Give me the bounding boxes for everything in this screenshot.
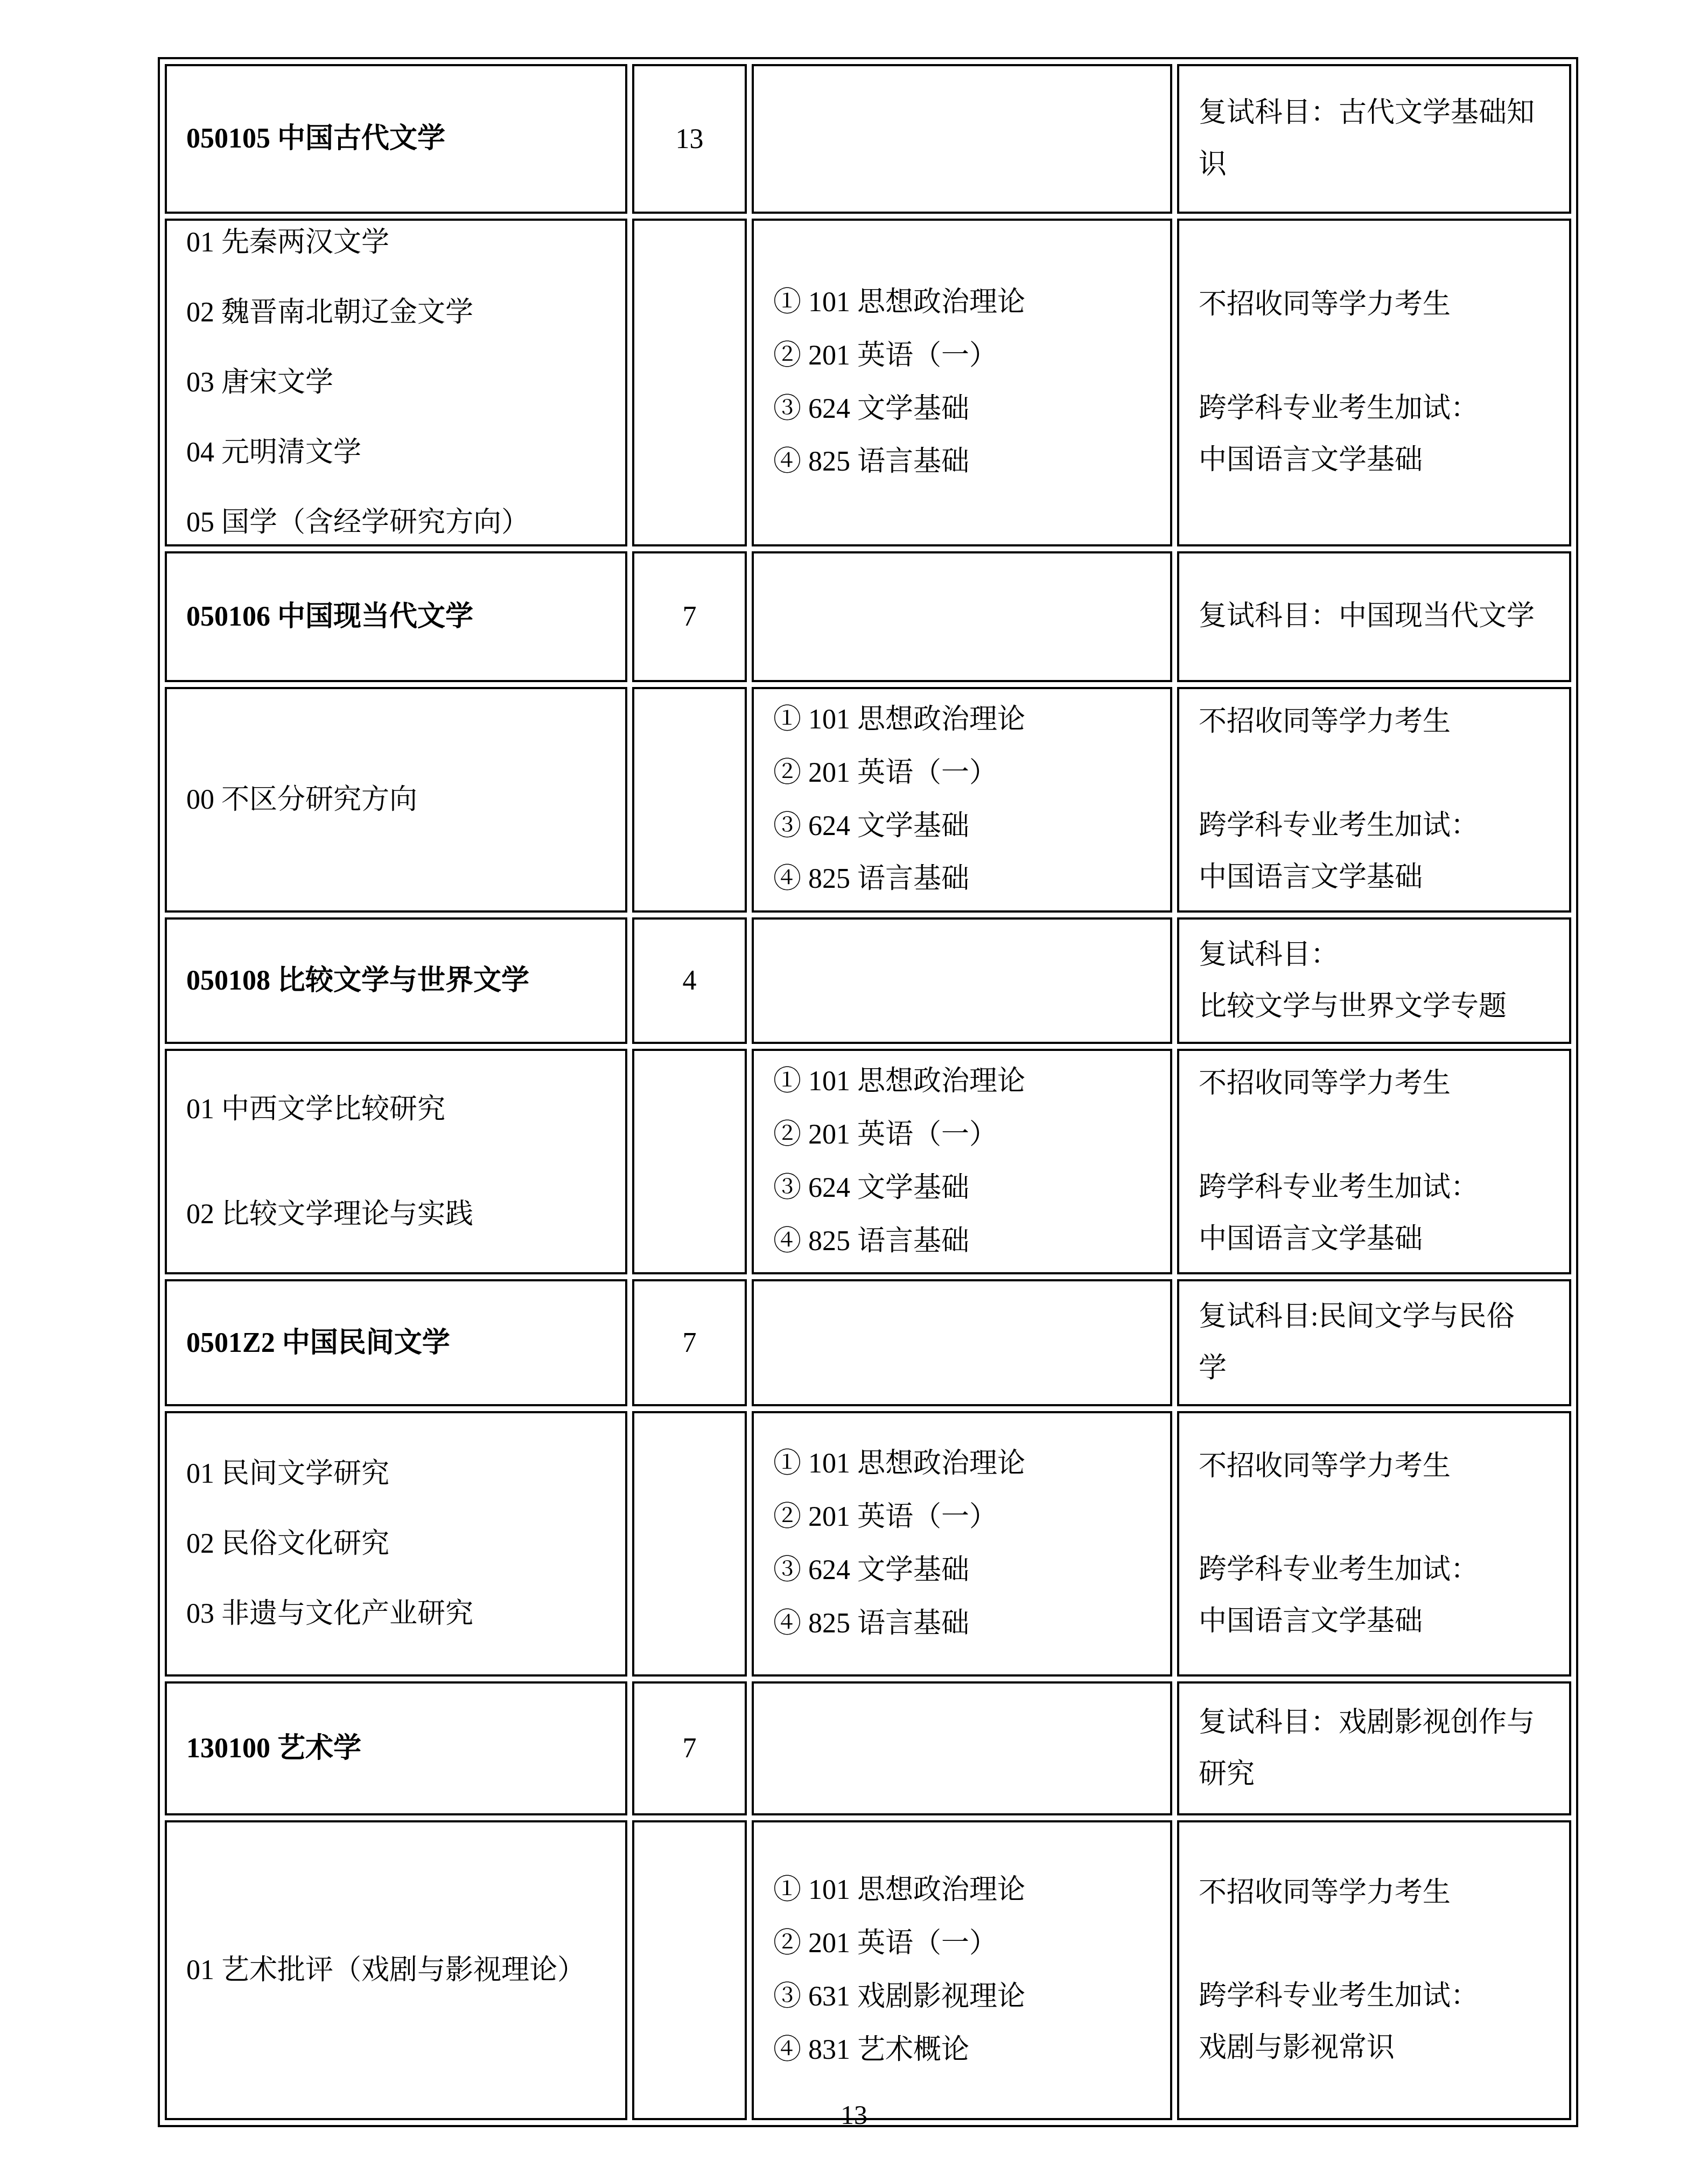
major-label: 050105 中国古代文学	[186, 121, 610, 157]
subjects-cell	[752, 64, 1172, 214]
directions-cell: 01 先秦两汉文学 02 魏晋南北朝辽金文学 03 唐宋文学 04 元明清文学 …	[165, 219, 627, 546]
quota-value: 7	[638, 601, 741, 633]
directions-cell: 01 艺术批评（戏剧与影视理论）	[165, 1820, 627, 2120]
remark-text: 不招收同等学力考生 跨学科专业考生加试： 中国语言文学基础	[1199, 1058, 1554, 1265]
remark-text: 复试科目：戏剧影视创作与 研究	[1199, 1697, 1554, 1800]
table-row-major: 050105 中国古代文学 13 复试科目：古代文学基础知 识	[165, 64, 1571, 214]
quota-value: 13	[638, 123, 741, 155]
quota-value: 7	[638, 1327, 741, 1359]
quota-value: 7	[638, 1733, 741, 1764]
major-label: 050106 中国现当代文学	[186, 599, 610, 635]
directions-cell: 01 中西文学比较研究 02 比较文学理论与实践	[165, 1049, 627, 1274]
major-cell: 050106 中国现当代文学	[165, 551, 627, 682]
quota-cell	[632, 1411, 747, 1677]
quota-cell	[632, 687, 747, 913]
table-row-detail: 00 不区分研究方向 ① 101 思想政治理论 ② 201 英语（一） ③ 62…	[165, 687, 1571, 913]
subjects-cell	[752, 917, 1172, 1044]
quota-cell	[632, 1820, 747, 2120]
major-label: 0501Z2 中国民间文学	[186, 1325, 610, 1362]
subjects-cell: ① 101 思想政治理论 ② 201 英语（一） ③ 624 文学基础 ④ 82…	[752, 1049, 1172, 1274]
table-row-detail: 01 民间文学研究 02 民俗文化研究 03 非遗与文化产业研究 ① 101 思…	[165, 1411, 1571, 1677]
directions-text: 00 不区分研究方向	[186, 782, 610, 817]
remark-text: 不招收同等学力考生 跨学科专业考生加试： 中国语言文学基础	[1199, 279, 1554, 486]
remark-cell: 不招收同等学力考生 跨学科专业考生加试： 中国语言文学基础	[1177, 219, 1571, 546]
major-label: 050108 比较文学与世界文学	[186, 963, 610, 999]
remark-text: 复试科目:民间文学与民俗 学	[1199, 1291, 1554, 1394]
major-cell: 0501Z2 中国民间文学	[165, 1279, 627, 1406]
table-row-major: 050106 中国现当代文学 7 复试科目：中国现当代文学	[165, 551, 1571, 682]
major-cell: 130100 艺术学	[165, 1681, 627, 1815]
directions-cell: 00 不区分研究方向	[165, 687, 627, 913]
admissions-table: 050105 中国古代文学 13 复试科目：古代文学基础知 识 01 先秦两汉文…	[158, 57, 1578, 2127]
remark-cell: 不招收同等学力考生 跨学科专业考生加试： 戏剧与影视常识	[1177, 1820, 1571, 2120]
quota-cell: 7	[632, 1279, 747, 1406]
quota-cell	[632, 1049, 747, 1274]
document-page: 050105 中国古代文学 13 复试科目：古代文学基础知 识 01 先秦两汉文…	[0, 0, 1708, 2160]
remark-text: 不招收同等学力考生 跨学科专业考生加试： 中国语言文学基础	[1199, 696, 1554, 903]
subjects-text: ① 101 思想政治理论 ② 201 英语（一） ③ 624 文学基础 ④ 82…	[773, 276, 1155, 489]
subjects-cell: ① 101 思想政治理论 ② 201 英语（一） ③ 624 文学基础 ④ 82…	[752, 1411, 1172, 1677]
subjects-text: ① 101 思想政治理论 ② 201 英语（一） ③ 624 文学基础 ④ 82…	[773, 1055, 1155, 1268]
remark-cell: 复试科目：戏剧影视创作与 研究	[1177, 1681, 1571, 1815]
table-row-detail: 01 先秦两汉文学 02 魏晋南北朝辽金文学 03 唐宋文学 04 元明清文学 …	[165, 219, 1571, 546]
page-number: 13	[0, 2099, 1708, 2131]
table-row-detail: 01 艺术批评（戏剧与影视理论） ① 101 思想政治理论 ② 201 英语（一…	[165, 1820, 1571, 2120]
quota-cell: 7	[632, 551, 747, 682]
directions-cell: 01 民间文学研究 02 民俗文化研究 03 非遗与文化产业研究	[165, 1411, 627, 1677]
major-label: 130100 艺术学	[186, 1730, 610, 1767]
quota-cell: 4	[632, 917, 747, 1044]
quota-cell: 7	[632, 1681, 747, 1815]
subjects-text: ① 101 思想政治理论 ② 201 英语（一） ③ 624 文学基础 ④ 82…	[773, 693, 1155, 906]
major-cell: 050105 中国古代文学	[165, 64, 627, 214]
table-row-major: 0501Z2 中国民间文学 7 复试科目:民间文学与民俗 学	[165, 1279, 1571, 1406]
remark-cell: 不招收同等学力考生 跨学科专业考生加试： 中国语言文学基础	[1177, 1411, 1571, 1677]
subjects-cell	[752, 551, 1172, 682]
remark-cell: 复试科目：中国现当代文学	[1177, 551, 1571, 682]
quota-value: 4	[638, 965, 741, 997]
quota-cell: 13	[632, 64, 747, 214]
directions-text: 01 艺术批评（戏剧与影视理论）	[186, 1953, 610, 1988]
table-row-major: 130100 艺术学 7 复试科目：戏剧影视创作与 研究	[165, 1681, 1571, 1815]
directions-text: 01 民间文学研究 02 民俗文化研究 03 非遗与文化产业研究	[186, 1456, 610, 1631]
subjects-cell	[752, 1279, 1172, 1406]
directions-text: 01 先秦两汉文学 02 魏晋南北朝辽金文学 03 唐宋文学 04 元明清文学 …	[186, 225, 610, 540]
remark-text: 不招收同等学力考生 跨学科专业考生加试： 戏剧与影视常识	[1199, 1867, 1554, 2074]
remark-cell: 复试科目:民间文学与民俗 学	[1177, 1279, 1571, 1406]
remark-cell: 不招收同等学力考生 跨学科专业考生加试： 中国语言文学基础	[1177, 687, 1571, 913]
remark-text: 不招收同等学力考生 跨学科专业考生加试： 中国语言文学基础	[1199, 1441, 1554, 1648]
remark-cell: 复试科目： 比较文学与世界文学专题	[1177, 917, 1571, 1044]
subjects-cell: ① 101 思想政治理论 ② 201 英语（一） ③ 631 戏剧影视理论 ④ …	[752, 1820, 1172, 2120]
remark-cell: 复试科目：古代文学基础知 识	[1177, 64, 1571, 214]
remark-text: 复试科目：中国现当代文学	[1199, 591, 1554, 642]
subjects-cell: ① 101 思想政治理论 ② 201 英语（一） ③ 624 文学基础 ④ 82…	[752, 687, 1172, 913]
remark-text: 复试科目：古代文学基础知 识	[1199, 87, 1554, 191]
subjects-cell	[752, 1681, 1172, 1815]
remark-cell: 不招收同等学力考生 跨学科专业考生加试： 中国语言文学基础	[1177, 1049, 1571, 1274]
directions-text: 01 中西文学比较研究 02 比较文学理论与实践	[186, 1092, 610, 1232]
table-row-major: 050108 比较文学与世界文学 4 复试科目： 比较文学与世界文学专题	[165, 917, 1571, 1044]
quota-cell	[632, 219, 747, 546]
subjects-cell: ① 101 思想政治理论 ② 201 英语（一） ③ 624 文学基础 ④ 82…	[752, 219, 1172, 546]
remark-text: 复试科目： 比较文学与世界文学专题	[1199, 929, 1554, 1033]
major-cell: 050108 比较文学与世界文学	[165, 917, 627, 1044]
table-row-detail: 01 中西文学比较研究 02 比较文学理论与实践 ① 101 思想政治理论 ② …	[165, 1049, 1571, 1274]
subjects-text: ① 101 思想政治理论 ② 201 英语（一） ③ 624 文学基础 ④ 82…	[773, 1437, 1155, 1650]
subjects-text: ① 101 思想政治理论 ② 201 英语（一） ③ 631 戏剧影视理论 ④ …	[773, 1864, 1155, 2077]
